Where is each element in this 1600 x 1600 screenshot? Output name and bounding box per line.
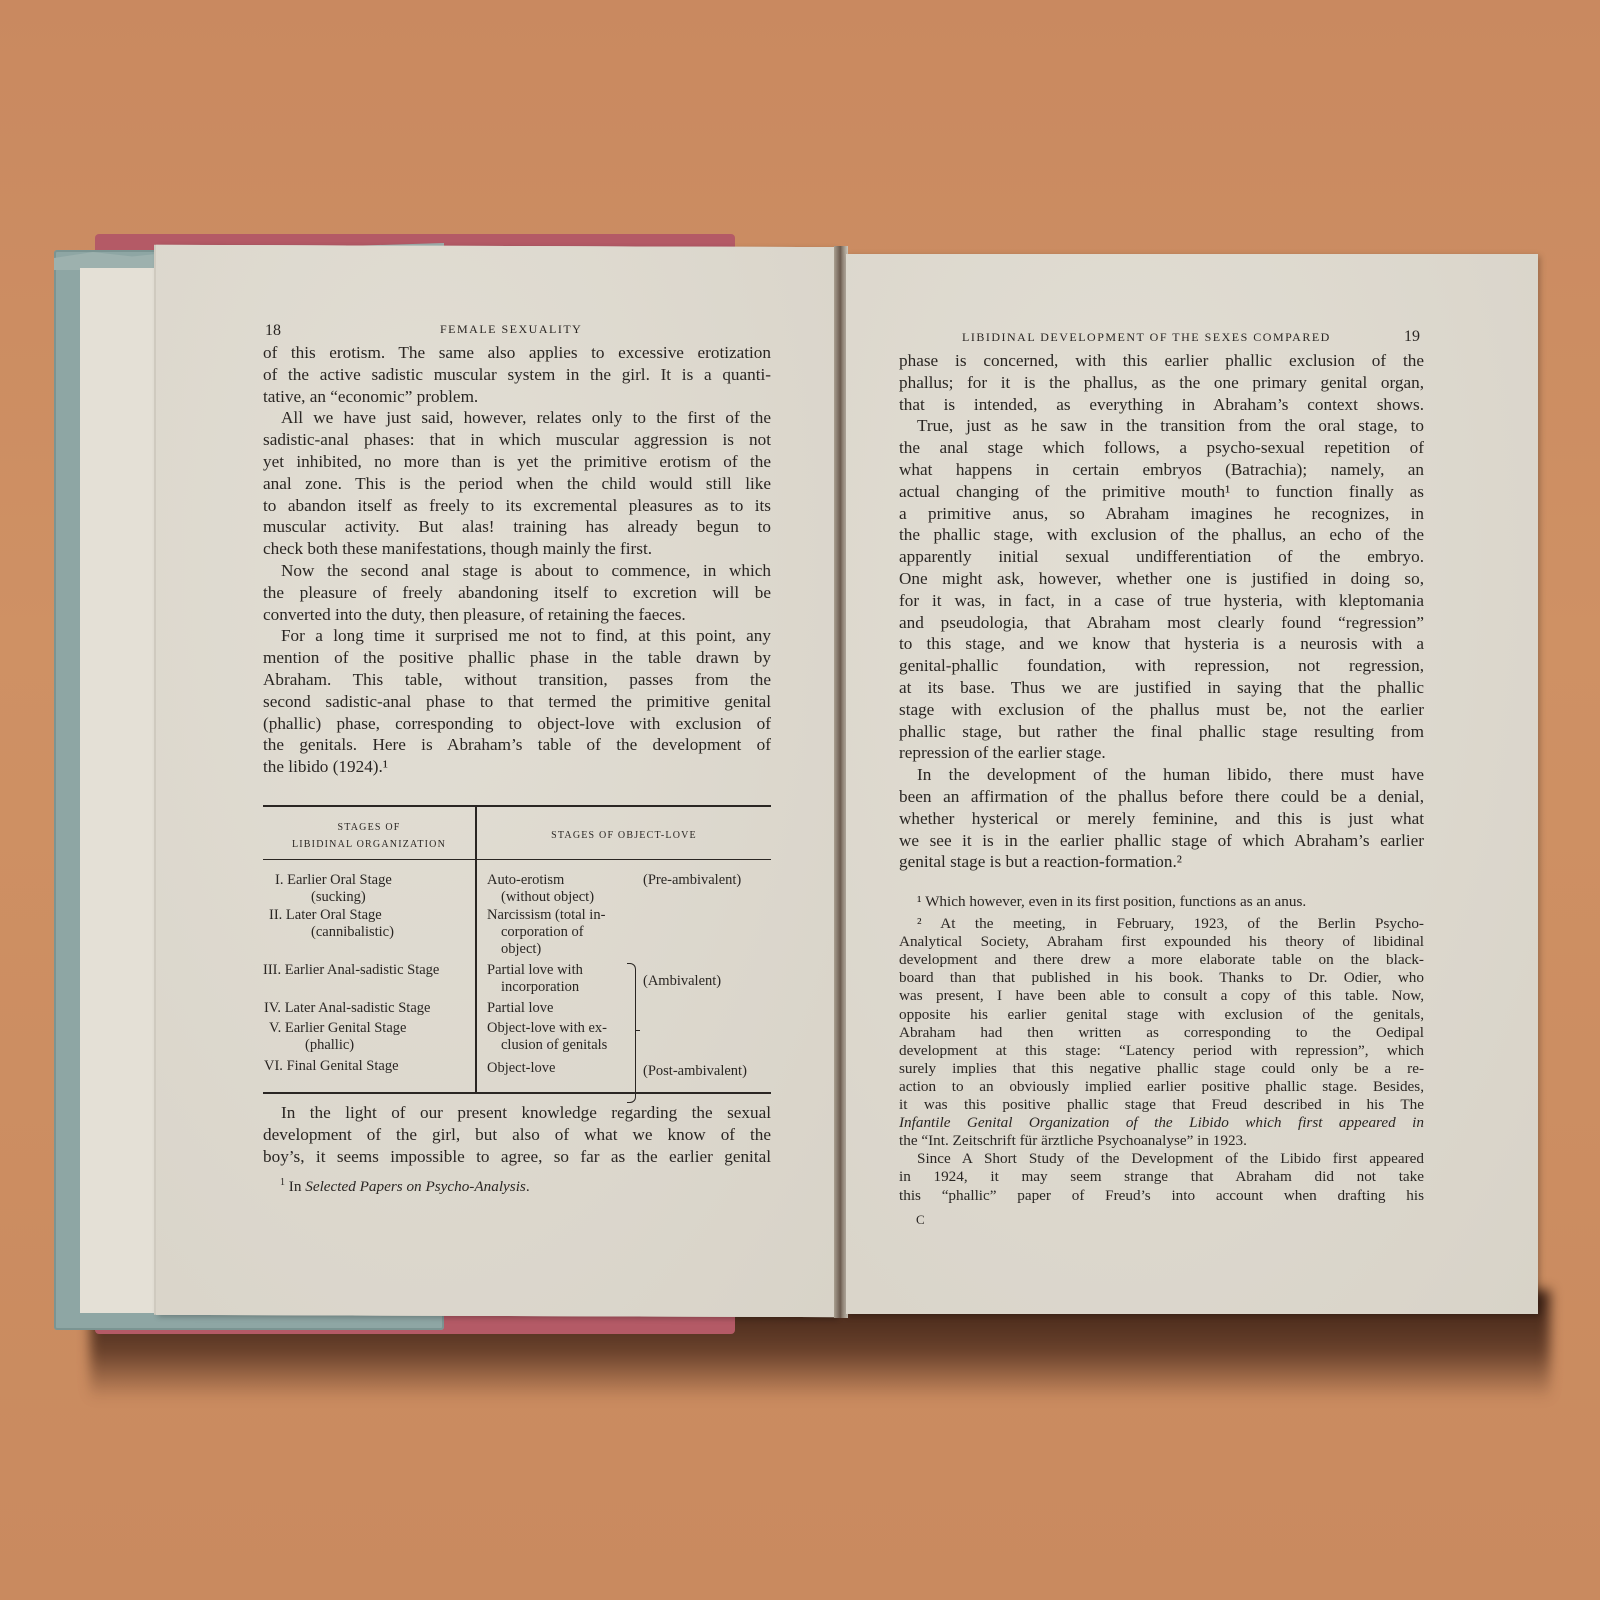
object-love-4: Partial love bbox=[487, 1000, 627, 1017]
stage-number: V. bbox=[269, 1020, 281, 1036]
footnote-2-line: this “phallic” paper of Freud’s into acc… bbox=[899, 1187, 1424, 1205]
footnote-2-line: it was this positive phallic stage that … bbox=[899, 1096, 1424, 1114]
object-love-5: Object-love with ex- clusion of genitals bbox=[487, 1020, 627, 1054]
table-row-stage-2: II. Later Oral Stage (cannibalistic) bbox=[269, 907, 394, 941]
text-line-with-italic: genital stage is but a reaction-formatio… bbox=[899, 851, 1424, 873]
table-header-object-love: STAGES OF OBJECT-LOVE bbox=[475, 807, 771, 859]
footnote-2-line: Since A Short Study of the Development o… bbox=[899, 1150, 1424, 1168]
text-line: the pleasure of freely abandoning itself… bbox=[263, 582, 771, 604]
text-line: In the development of the human libido, … bbox=[899, 764, 1424, 786]
text-line: muscular activity. But alas! training ha… bbox=[263, 516, 771, 538]
stage-subtitle: (sucking) bbox=[275, 889, 392, 906]
text-line: tative, an “economic” problem. bbox=[263, 386, 771, 408]
text-line-with-italic: mention of the positive phallic phase in… bbox=[263, 647, 771, 669]
table-header-libidinal-organization: STAGES OF LIBIDINAL ORGANIZATION bbox=[263, 807, 475, 859]
stage-name: Later Oral Stage bbox=[286, 907, 382, 923]
text-line: phallic stage, but rather the final phal… bbox=[899, 721, 1424, 743]
text-line: Now the second anal stage is about to co… bbox=[263, 560, 771, 582]
footnote-2-line: board than that published in his book. T… bbox=[899, 969, 1424, 987]
pre-ambivalent-label: (Pre-ambivalent) bbox=[643, 872, 741, 889]
stage-number: III. bbox=[263, 962, 281, 978]
left-after-table-text: In the light of our present knowledge re… bbox=[263, 1102, 771, 1167]
footnote-2-line: surely implies that this negative phalli… bbox=[899, 1060, 1424, 1078]
footnote-mark: 1 bbox=[280, 1177, 285, 1188]
text-line-with-italic: second sadistic-anal phase to that terme… bbox=[263, 691, 771, 713]
text-line: the phallic stage, with exclusion of the… bbox=[899, 524, 1424, 546]
object-love-line: (without object) bbox=[487, 889, 627, 906]
table-header-row: STAGES OF LIBIDINAL ORGANIZATION STAGES … bbox=[263, 807, 771, 859]
header-line: STAGES OF OBJECT-LOVE bbox=[477, 827, 771, 844]
table-bottom-rule bbox=[263, 1092, 771, 1094]
footnote-2-line: Abraham had then written as correspondin… bbox=[899, 1024, 1424, 1042]
text-line: True, just as he saw in the transition f… bbox=[899, 415, 1424, 437]
text-line-with-italic: (phallic) phase, corresponding to object… bbox=[263, 713, 771, 735]
text-line: For a long time it surprised me not to f… bbox=[263, 625, 771, 647]
object-love-line: corporation of bbox=[487, 924, 627, 941]
right-running-head: LIBIDINAL DEVELOPMENT OF THE SEXES COMPA… bbox=[962, 330, 1331, 345]
text-line: yet inhibited, no more than is yet the p… bbox=[263, 451, 771, 473]
text-line: anal zone. This is the period when the c… bbox=[263, 473, 771, 495]
text-line: One might ask, however, whether one is j… bbox=[899, 568, 1424, 590]
text-line: Abraham. This table, without transition,… bbox=[263, 669, 771, 691]
object-love-line: Object-love with ex- bbox=[487, 1020, 607, 1036]
text-line: check both these manifestations, though … bbox=[263, 538, 771, 560]
object-love-line: Partial love with bbox=[487, 962, 583, 978]
stage-number: IV. bbox=[264, 1000, 281, 1016]
right-page-number: 19 bbox=[1404, 328, 1420, 346]
table-row-stage-6: VI. Final Genital Stage bbox=[264, 1058, 399, 1075]
table-row-stage-4: IV. Later Anal-sadistic Stage bbox=[264, 1000, 430, 1017]
footnote-text: . bbox=[526, 1178, 530, 1195]
table-row-stage-3: III. Earlier Anal-sadistic Stage bbox=[263, 962, 439, 979]
stage-name: Earlier Genital Stage bbox=[285, 1020, 407, 1036]
stage-subtitle: (cannibalistic) bbox=[269, 924, 394, 941]
text-line-with-italic: we see it is in the earlier phallic stag… bbox=[899, 830, 1424, 852]
footnote-2-line: ² At the meeting, in February, 1923, of … bbox=[899, 915, 1424, 933]
table-body: I. Earlier Oral Stage (sucking) II. Late… bbox=[263, 860, 771, 1092]
footnote-2-line: in 1924, it may seem strange that Abraha… bbox=[899, 1168, 1424, 1186]
footnote-italic-title: Selected Papers on Psycho-Analysis bbox=[305, 1178, 526, 1195]
object-love-line: Object-love bbox=[487, 1060, 555, 1076]
table-row-stage-1: I. Earlier Oral Stage (sucking) bbox=[275, 872, 392, 906]
text-line: that is intended, as everything in Abrah… bbox=[899, 394, 1424, 416]
text-line: All we have just said, however, relates … bbox=[263, 407, 771, 429]
text-line-with-italic: and pseudologia, that Abraham most clear… bbox=[899, 612, 1424, 634]
stage-name: Final Genital Stage bbox=[287, 1058, 399, 1074]
text-line: development of the girl, but also of wha… bbox=[263, 1124, 771, 1146]
text-line: phase is concerned, with this earlier ph… bbox=[899, 350, 1424, 372]
curly-brace-icon bbox=[627, 963, 636, 1103]
stage-number: I. bbox=[275, 872, 283, 888]
text-line-with-italic: the genitals. Here is Abraham’s table of… bbox=[263, 734, 771, 756]
text-line: the anal stage which follows, a psycho-s… bbox=[899, 437, 1424, 459]
stage-name: Later Anal-sadistic Stage bbox=[285, 1000, 431, 1016]
post-ambivalent-label: (Post-ambivalent) bbox=[643, 1063, 747, 1080]
stage-name: Earlier Oral Stage bbox=[287, 872, 392, 888]
object-love-line: Auto-erotism bbox=[487, 872, 564, 888]
text-line: of this erotism. The same also applies t… bbox=[263, 342, 771, 364]
object-love-line: incorporation bbox=[487, 979, 627, 996]
text-line: to this stage, and we know that hysteria… bbox=[899, 633, 1424, 655]
text-line: sadistic-anal phases: that in which musc… bbox=[263, 429, 771, 451]
stage-subtitle: (phallic) bbox=[269, 1037, 406, 1054]
object-love-column: Auto-erotism (without object) Narcissism… bbox=[475, 860, 771, 1092]
footnote-2-line: development and there drew a more elabor… bbox=[899, 951, 1424, 969]
signature-mark: C bbox=[916, 1212, 925, 1228]
object-love-1: Auto-erotism (without object) bbox=[487, 872, 627, 906]
text-line: whether hysterical or merely feminine, a… bbox=[899, 808, 1424, 830]
footnote-2-line: the “Int. Zeitschrift für ärztliche Psyc… bbox=[899, 1132, 1424, 1150]
footnote-1: ¹ Which however, even in its first posit… bbox=[899, 893, 1424, 911]
text-line: the libido (1924).¹ bbox=[263, 756, 771, 778]
footnote-2-line: action to an obviously implied earlier p… bbox=[899, 1078, 1424, 1096]
text-line: what happens in certain embryos (Batrach… bbox=[899, 459, 1424, 481]
left-footnote: 1 In Selected Papers on Psycho-Analysis. bbox=[280, 1178, 760, 1196]
text-line: stage with exclusion of the phallus must… bbox=[899, 699, 1424, 721]
footnote-2-line: opposite his earlier genital stage with … bbox=[899, 1006, 1424, 1024]
text-line: In the light of our present knowledge re… bbox=[263, 1102, 771, 1124]
footnote-2-line-italic: Infantile Genital Organization of the Li… bbox=[899, 1114, 1424, 1132]
text-line: phallus; for it is the phallus, as the o… bbox=[899, 372, 1424, 394]
left-running-head: FEMALE SEXUALITY bbox=[440, 322, 582, 337]
text-line: repression of the earlier stage. bbox=[899, 742, 1424, 764]
text-line-with-italic: been an affirmation of the phallus befor… bbox=[899, 786, 1424, 808]
right-body-text: phase is concerned, with this earlier ph… bbox=[899, 350, 1424, 873]
stages-column: I. Earlier Oral Stage (sucking) II. Late… bbox=[263, 860, 475, 1092]
text-line: for it was, in fact, in a case of true h… bbox=[899, 590, 1424, 612]
right-footnotes: ¹ Which however, even in its first posit… bbox=[899, 893, 1424, 1205]
object-love-2: Narcissism (total in- corporation of obj… bbox=[487, 907, 627, 958]
text-line: converted into the duty, then pleasure, … bbox=[263, 604, 771, 626]
footnote-2-line: development at this stage: “Latency peri… bbox=[899, 1042, 1424, 1060]
footnote-2-line: Analytical Society, Abraham first expoun… bbox=[899, 933, 1424, 951]
footnote-text: In bbox=[289, 1178, 305, 1195]
footnote-2-line: was present, I have been able to consult… bbox=[899, 987, 1424, 1005]
text-line: at its base. Thus we are justified in sa… bbox=[899, 677, 1424, 699]
object-love-line: clusion of genitals bbox=[487, 1037, 627, 1054]
table-row-stage-5: V. Earlier Genital Stage (phallic) bbox=[269, 1020, 406, 1054]
object-love-line: Narcissism (total in- bbox=[487, 907, 605, 923]
text-line: boy’s, it seems impossible to agree, so … bbox=[263, 1146, 771, 1168]
text-line: a primitive anus, so Abraham imagines he… bbox=[899, 503, 1424, 525]
left-body-text: of this erotism. The same also applies t… bbox=[263, 342, 771, 778]
left-page-number: 18 bbox=[265, 322, 281, 340]
brace-tip bbox=[635, 1030, 640, 1031]
stage-name: Earlier Anal-sadistic Stage bbox=[285, 962, 440, 978]
stage-number: II. bbox=[269, 907, 282, 923]
libido-development-table: STAGES OF LIBIDINAL ORGANIZATION STAGES … bbox=[263, 805, 771, 1094]
text-line: apparently initial sexual undifferentiat… bbox=[899, 546, 1424, 568]
text-line: of the active sadistic muscular system i… bbox=[263, 364, 771, 386]
stage-number: VI. bbox=[264, 1058, 283, 1074]
header-line: STAGES OF bbox=[263, 819, 475, 836]
object-love-3: Partial love with incorporation bbox=[487, 962, 627, 996]
header-line: LIBIDINAL ORGANIZATION bbox=[263, 836, 475, 853]
object-love-line: object) bbox=[487, 941, 627, 958]
text-line: to abandon itself as freely to its excre… bbox=[263, 495, 771, 517]
object-love-line: Partial love bbox=[487, 1000, 553, 1016]
ambivalent-label: (Ambivalent) bbox=[643, 973, 721, 990]
object-love-6: Object-love bbox=[487, 1060, 627, 1077]
text-line: genital-phallic foundation, with repress… bbox=[899, 655, 1424, 677]
text-line: actual changing of the primitive mouth¹ … bbox=[899, 481, 1424, 503]
